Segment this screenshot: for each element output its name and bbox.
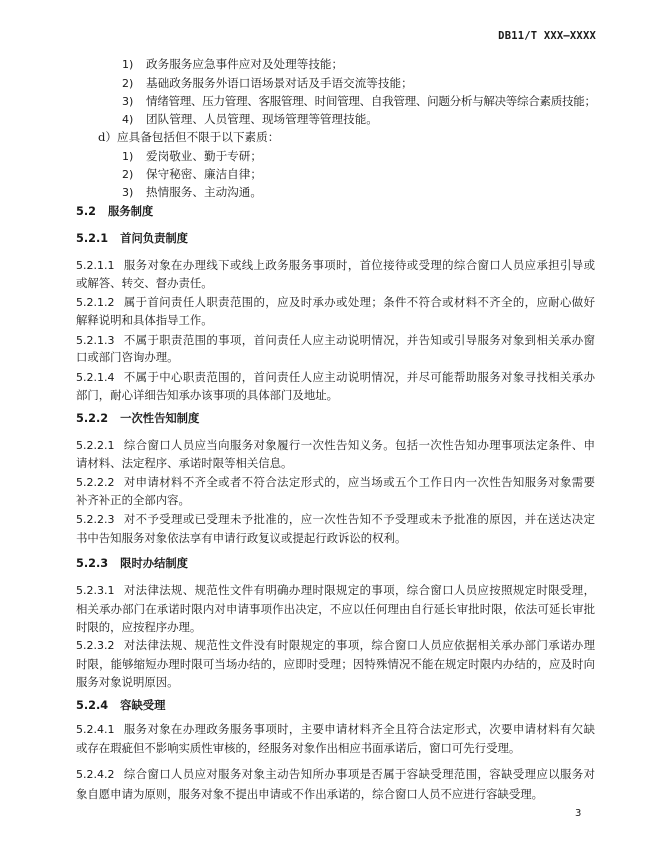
clause-line: 5.2.2.2对申请材料不齐全或者不符合法定形式的，应当场或五个工作日内一次性告…	[76, 475, 595, 490]
list-item: 2)基础政务服务外语口语场景对话及手语交流等技能；	[122, 76, 413, 91]
clause-line: 5.2.1.2属于首问责任人职责范围的，应及时承办或处理；条件不符合或材料不齐全…	[76, 295, 595, 310]
clause-line: 或存在瑕疵但不影响实质性审核的，经服务对象作出相应书面承诺后，窗口可先行受理。	[76, 741, 595, 755]
section-heading: 5.2.3限时办结制度	[76, 557, 188, 571]
clause-line: 或解答、转交、督办责任。	[76, 276, 595, 290]
section-heading: 5.2服务制度	[76, 205, 153, 219]
clause-line: 5.2.1.1服务对象在办理线下或线上政务服务事项时，首位接待或受理的综合窗口人…	[76, 258, 595, 273]
clause-line: 书中告知服务对象依法享有申请行政复议或提起行政诉讼的权利。	[76, 531, 595, 545]
clause-line: 口或部门咨询办理。	[76, 350, 595, 364]
clause-line: 请材料、法定程序、承诺时限等相关信息。	[76, 456, 595, 470]
clause-line: 时限的，应按程序办理。	[76, 620, 595, 634]
clause-line: 相关承办部门在承诺时限内对申请事项作出决定，不应以任何理由自行延长审批时限，依法…	[76, 602, 595, 616]
list-item: 4)团队管理、人员管理、现场管理等管理技能。	[122, 112, 378, 127]
clause-line: 服务对象说明原因。	[76, 675, 595, 689]
page-number: 3	[575, 808, 581, 819]
clause-line: 部门，耐心详细告知承办该事项的具体部门及地址。	[76, 388, 595, 402]
section-heading: 5.2.2一次性告知制度	[76, 412, 199, 426]
list-item-d: d）应具备包括但不限于以下素质：	[98, 130, 279, 144]
clause-line: 5.2.1.3不属于职责范围的事项，首问责任人应主动说明情况，并告知或引导服务对…	[76, 333, 595, 348]
list-item: 3)情绪管理、压力管理、客服管理、时间管理、自我管理、问题分析与解决等综合素质技…	[122, 94, 596, 109]
list-item: 2)保守秘密、廉洁自律；	[122, 167, 262, 182]
clause-line: 5.2.2.3对不予受理或已受理未予批准的，应一次性告知不予受理或未予批准的原因…	[76, 512, 595, 527]
clause-line: 5.2.2.1综合窗口人员应当向服务对象履行一次性告知义务。包括一次性告知办理事…	[76, 438, 595, 453]
section-heading: 5.2.1首问负责制度	[76, 232, 188, 246]
clause-line: 5.2.4.1服务对象在办理政务服务事项时，主要申请材料齐全且符合法定形式，次要…	[76, 722, 595, 737]
document-code-header: DB11/T XXX—XXXX	[498, 30, 596, 42]
clause-line: 5.2.1.4不属于中心职责范围的，首问责任人应主动说明情况，并尽可能帮助服务对…	[76, 370, 595, 385]
clause-line: 5.2.4.2综合窗口人员应对服务对象主动告知所办事项是否属于容缺受理范围，容缺…	[76, 767, 595, 782]
clause-line: 解释说明和具体指导工作。	[76, 313, 595, 327]
clause-line: 补齐补正的全部内容。	[76, 493, 595, 507]
clause-line: 5.2.3.1对法律法规、规范性文件有明确办理时限规定的事项，综合窗口人员应按照…	[76, 583, 595, 598]
clause-line: 时限，能够缩短办理时限可当场办结的，应即时受理；因特殊情况不能在规定时限内办结的…	[76, 657, 595, 671]
list-item: 1)爱岗敬业、勤于专研；	[122, 149, 262, 164]
clause-line: 象自愿申请为原则，服务对象不提出申请或不作出承诺的，综合窗口人员不应进行容缺受理…	[76, 787, 595, 801]
document-page: DB11/T XXX—XXXX 1)政务服务应急事件应对及处理等技能； 2)基础…	[0, 0, 658, 843]
list-item: 1)政务服务应急事件应对及处理等技能；	[122, 57, 343, 72]
section-heading: 5.2.4容缺受理	[76, 699, 165, 713]
clause-line: 5.2.3.2对法律法规、规范性文件没有时限规定的事项，综合窗口人员应依据相关承…	[76, 638, 595, 653]
list-item: 3)热情服务、主动沟通。	[122, 185, 262, 200]
